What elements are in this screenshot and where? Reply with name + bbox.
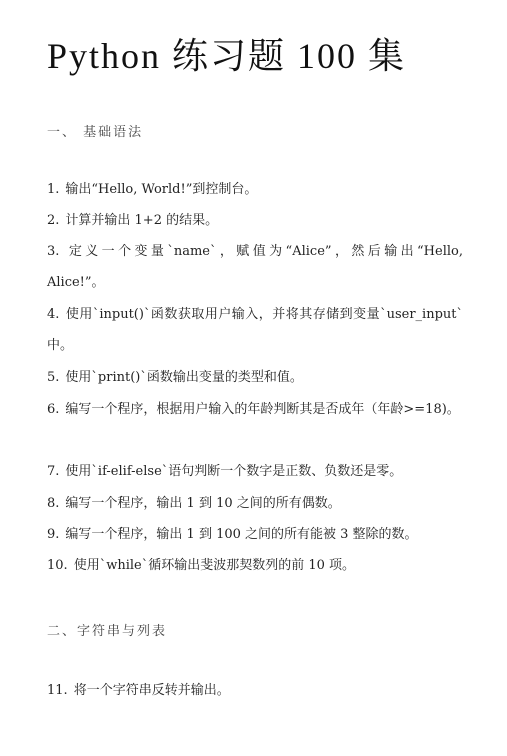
- exercise-text: 输出“Hello, World!”到控制台。: [65, 182, 257, 197]
- exercise-text: 编写一个程序，根据用户输入的年龄判断其是否成年（年龄>=18)。: [65, 402, 459, 417]
- exercise-number: 4.: [47, 307, 59, 322]
- exercise-item: 10.使用`while`循环输出斐波那契数列的前 10 项。: [47, 550, 463, 581]
- exercise-text: 使用`input()`函数获取用户输入，并将其存储到变量`user_input`…: [47, 307, 463, 353]
- exercise-text: 编写一个程序，输出 1 到 100 之间的所有能被 3 整除的数。: [65, 527, 417, 542]
- exercise-text: 计算并输出 1+2 的结果。: [65, 213, 218, 228]
- exercise-text: 定义一个变量`name`，赋值为“Alice”，然后输出“Hello, Alic…: [47, 244, 463, 290]
- exercise-item: 9.编写一个程序，输出 1 到 100 之间的所有能被 3 整除的数。: [47, 519, 463, 550]
- document-page: Python 练习题 100 集 一、 基础语法 1.输出“Hello, Wor…: [0, 0, 507, 756]
- exercise-number: 10.: [47, 558, 68, 573]
- exercise-item: 11.将一个字符串反转并输出。: [47, 675, 463, 706]
- exercise-item: 2.计算并输出 1+2 的结果。: [47, 205, 463, 236]
- exercise-number: 3.: [47, 244, 59, 259]
- exercise-number: 7.: [47, 464, 59, 479]
- exercise-text: 编写一个程序，输出 1 到 10 之间的所有偶数。: [65, 496, 340, 511]
- exercise-text: 使用`while`循环输出斐波那契数列的前 10 项。: [74, 558, 355, 573]
- exercise-number: 8.: [47, 496, 59, 511]
- exercise-item: 4.使用`input()`函数获取用户输入，并将其存储到变量`user_inpu…: [47, 299, 463, 361]
- exercise-item: 5.使用`print()`函数输出变量的类型和值。: [47, 362, 463, 393]
- exercise-number: 11.: [47, 683, 68, 698]
- exercise-number: 5.: [47, 370, 59, 385]
- exercise-number: 1.: [47, 182, 59, 197]
- exercise-number: 2.: [47, 213, 59, 228]
- section-heading-strings-lists: 二、字符串与列表: [47, 620, 167, 639]
- exercise-item: 7.使用`if-elif-else`语句判断一个数字是正数、负数还是零。: [47, 456, 463, 487]
- exercise-text: 使用`print()`函数输出变量的类型和值。: [65, 370, 302, 385]
- section-heading-basics: 一、 基础语法: [47, 121, 143, 140]
- exercise-number: 6.: [47, 402, 59, 417]
- exercise-item: 8.编写一个程序，输出 1 到 10 之间的所有偶数。: [47, 488, 463, 519]
- exercise-text: 使用`if-elif-else`语句判断一个数字是正数、负数还是零。: [65, 464, 402, 479]
- document-title: Python 练习题 100 集: [47, 28, 406, 79]
- exercise-text: 将一个字符串反转并输出。: [74, 683, 230, 698]
- exercise-item: 3.定义一个变量`name`，赋值为“Alice”，然后输出“Hello, Al…: [47, 236, 463, 298]
- exercise-item: 1.输出“Hello, World!”到控制台。: [47, 174, 463, 205]
- exercise-number: 9.: [47, 527, 59, 542]
- exercise-item: 6.编写一个程序，根据用户输入的年龄判断其是否成年（年龄>=18)。: [47, 394, 463, 425]
